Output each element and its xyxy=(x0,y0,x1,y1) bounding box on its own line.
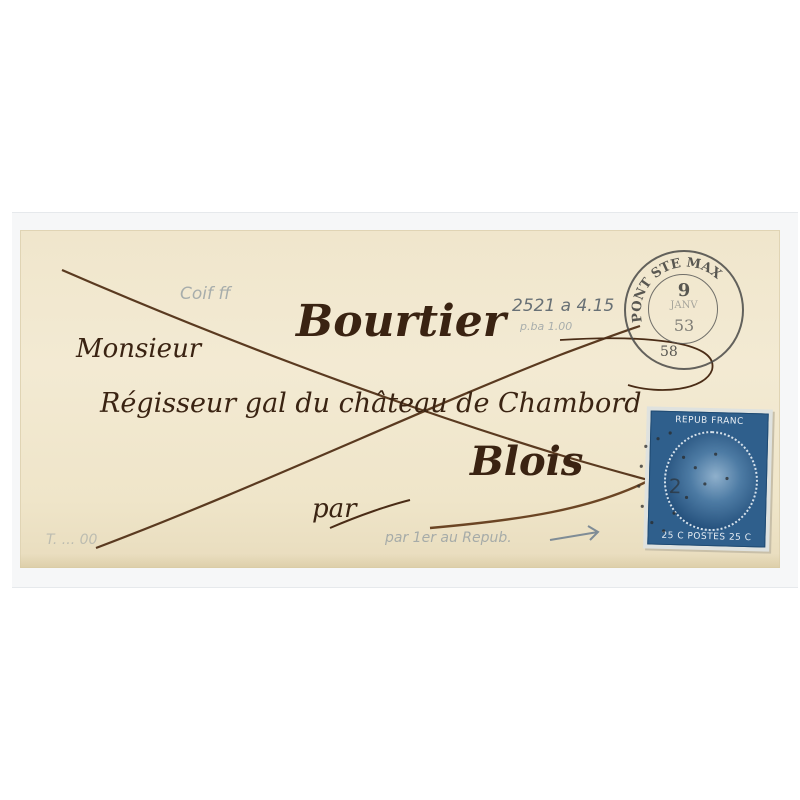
addressee-name: Bourtier xyxy=(296,296,506,347)
pencil-note-top-left: Coif ff xyxy=(180,284,231,304)
pencil-arrow-icon xyxy=(548,522,604,546)
postmark-year: 53 xyxy=(626,316,742,335)
pencil-note-bottom-left: T. ... 00 xyxy=(46,532,97,548)
pencil-note-bottom: par 1er au Repub. xyxy=(385,530,512,546)
postmark-day: 9 xyxy=(626,280,742,301)
svg-text:2: 2 xyxy=(668,474,681,498)
salutation-text: Monsieur xyxy=(76,334,201,364)
postmark-department: 58 xyxy=(660,344,678,360)
postmark-cancel: PONT STE MAX 9 JANV 53 58 xyxy=(624,250,744,370)
postmark-month: JANV xyxy=(626,300,742,311)
pencil-catalogue-number: 2521 a 4.15 xyxy=(512,296,614,316)
address-line-2: Régisseur gal du château de Chambord xyxy=(100,388,641,419)
lozenge-dot-cancel-icon: 2 xyxy=(633,426,756,539)
city-text: Blois xyxy=(470,438,583,485)
stamp-top-text: REPUB FRANC xyxy=(651,415,767,428)
pencil-catalogue-sub: p.ba 1.00 xyxy=(520,320,572,333)
via-text: par xyxy=(312,494,357,524)
postage-stamp: REPUB FRANC 25 C POSTES 25 C 2 xyxy=(643,406,773,551)
